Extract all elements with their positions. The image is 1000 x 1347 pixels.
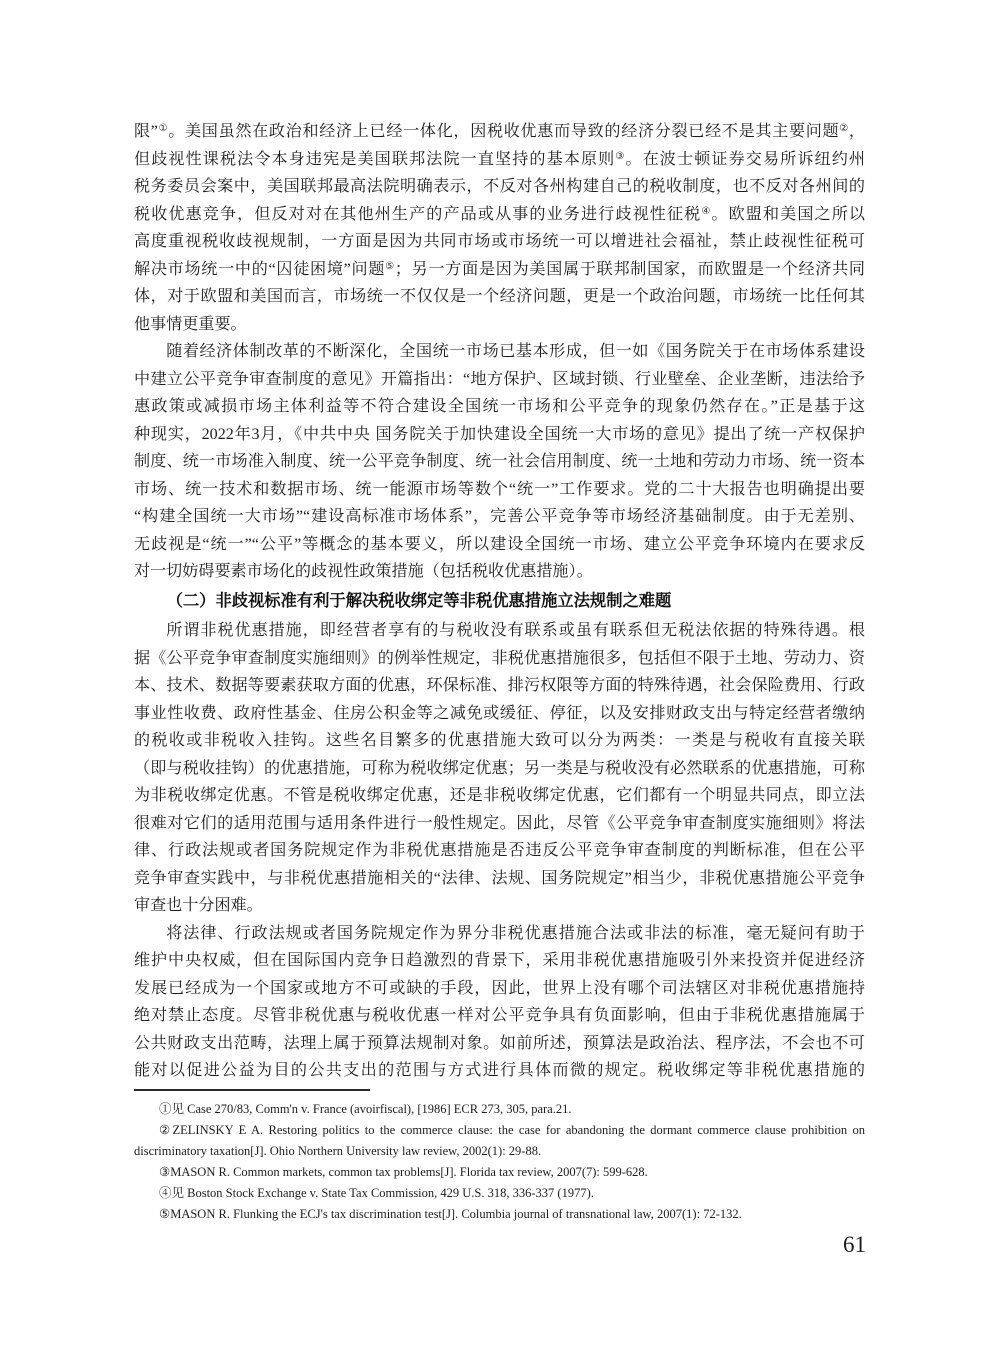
footnote-item: ③MASON R. Common markets, common tax pro… bbox=[134, 1162, 865, 1183]
text-line: 能对以促进公益为目的公共支出的范围与方式进行具体而微的规定。税收绑定等非税优惠措… bbox=[134, 1057, 865, 1085]
footnote-ref-marker: ① bbox=[158, 123, 168, 134]
section-heading: （二）非歧视标准有利于解决税收绑定等非税优惠措施立法规制之难题 bbox=[134, 588, 865, 616]
text-line: 据《公平竞争审查制度实施细则》的例举性规定，非税优惠措施很多，包括但不限于土地、… bbox=[134, 645, 865, 673]
footnote-ref-marker: ⑤ bbox=[385, 261, 395, 272]
text-line: 随着经济体制改革的不断深化，全国统一市场已基本形成，但一如《国务院关于在市场体系… bbox=[134, 338, 865, 366]
footnote-separator bbox=[134, 1089, 370, 1091]
text-line: 的税收或非税收入挂钩。这些名目繁多的优惠措施大致可以分为两类：一类是与税收有直接… bbox=[134, 727, 865, 755]
text-line: 律、行政法规或者国务院规定作为非税优惠措施是否违反公平竞争审查制度的判断标准，但… bbox=[134, 837, 865, 865]
footnote-line: discriminatory taxation[J]. Ohio Norther… bbox=[134, 1141, 865, 1162]
text-line: 税收优惠竞争，但反对对在其他州生产的产品或从事的业务进行歧视性征税④。欧盟和美国… bbox=[134, 201, 865, 229]
page-number: 61 bbox=[843, 1230, 866, 1260]
footnote-line: ④见 Boston Stock Exchange v. State Tax Co… bbox=[134, 1183, 865, 1204]
text-line: 惠政策或减损市场主体利益等不符合建设全国统一市场和公平竞争的现象仍然存在。”正是… bbox=[134, 393, 865, 421]
text-line: 将法律、行政法规或者国务院规定作为界分非税优惠措施合法或非法的标准，毫无疑问有助… bbox=[134, 920, 865, 948]
footnote-item: ①见 Case 270/83, Comm'n v. France (avoirf… bbox=[134, 1099, 865, 1120]
text-line: 无歧视是“统一”“公平”等概念的基本要义，所以建设全国统一市场、建立公平竞争环境… bbox=[134, 531, 865, 559]
text-line: 种现实，2022年3月，《中共中央 国务院关于加快建设全国统一大市场的意见》提出… bbox=[134, 421, 865, 449]
text-line: （即与税收挂钩）的优惠措施，可称为税收绑定优惠；另一类是与税收没有必然联系的优惠… bbox=[134, 755, 865, 783]
text-line: 为非税收绑定优惠。不管是税收绑定优惠，还是非税收绑定优惠，它们都有一个明显共同点… bbox=[134, 782, 865, 810]
footnote-line: ⑤MASON R. Flunking the ECJ's tax discrim… bbox=[134, 1204, 865, 1225]
text-line: 审查也十分困难。 bbox=[134, 892, 865, 920]
text-line: 发展已经成为一个国家或地方不可或缺的手段，因此，世界上没有哪个司法辖区对非税优惠… bbox=[134, 975, 865, 1003]
footnote-line: ②ZELINSKY E A. Restoring politics to the… bbox=[134, 1120, 865, 1141]
text-line: 事业性收费、政府性基金、住房公积金等之减免或缓征、停征，以及安排财政支出与特定经… bbox=[134, 700, 865, 728]
footnote-line: ①见 Case 270/83, Comm'n v. France (avoirf… bbox=[134, 1099, 865, 1120]
footnote-ref-marker: ② bbox=[839, 123, 849, 134]
text-line: 但歧视性课税法令本身违宪是美国联邦法院一直坚持的基本原则③。在波士顿证券交易所诉… bbox=[134, 146, 865, 174]
text-line: 限”①。美国虽然在政治和经济上已经一体化，因税收优惠而导致的经济分裂已经不是其主… bbox=[134, 118, 865, 146]
footnote-item: ②ZELINSKY E A. Restoring politics to the… bbox=[134, 1120, 865, 1162]
footnote-ref-marker: ④ bbox=[701, 206, 711, 217]
footnote-ref-marker: ③ bbox=[615, 151, 625, 162]
text-line: 高度重视税收歧视规制，一方面是因为共同市场或市场统一可以增进社会福祉，禁止歧视性… bbox=[134, 228, 865, 256]
text-line: “构建全国统一大市场”“建设高标准市场体系”，完善公平竞争等市场经济基础制度。由… bbox=[134, 503, 865, 531]
footnote-block: ①见 Case 270/83, Comm'n v. France (avoirf… bbox=[134, 1089, 865, 1225]
paragraph-continuation: 限”①。美国虽然在政治和经济上已经一体化，因税收优惠而导致的经济分裂已经不是其主… bbox=[134, 118, 865, 338]
text-line: 所谓非税优惠措施，即经营者享有的与税收没有联系或虽有联系但无税法依据的特殊待遇。… bbox=[134, 617, 865, 645]
footnote-item: ④见 Boston Stock Exchange v. State Tax Co… bbox=[134, 1183, 865, 1204]
text-line: 税务委员会案中，美国联邦最高法院明确表示，不反对各州构建自己的税收制度，也不反对… bbox=[134, 173, 865, 201]
text-line: 很难对它们的适用范围与适用条件进行一般性规定。因此，尽管《公平竞争审查制度实施细… bbox=[134, 810, 865, 838]
page-body-text: 限”①。美国虽然在政治和经济上已经一体化，因税收优惠而导致的经济分裂已经不是其主… bbox=[134, 118, 865, 1085]
text-line: 他事情更重要。 bbox=[134, 311, 865, 339]
text-line: 绝对禁止态度。尽管非税优惠与税收优惠一样对公平竞争具有负面影响，但由于非税优惠措… bbox=[134, 1002, 865, 1030]
text-line: 维护中央权威，但在国际国内竞争日趋激烈的背景下，采用非税优惠措施吸引外来投资并促… bbox=[134, 947, 865, 975]
text-line: 中建立公平竞争审查制度的意见》开篇指出：“地方保护、区域封锁、行业壁垒、企业垄断… bbox=[134, 366, 865, 394]
paragraph-non-tax-measures: 所谓非税优惠措施，即经营者享有的与税收没有联系或虽有联系但无税法依据的特殊待遇。… bbox=[134, 617, 865, 920]
text-line: 体，对于欧盟和美国而言，市场统一不仅仅是一个经济问题，更是一个政治问题，市场统一… bbox=[134, 283, 865, 311]
text-line: 解决市场统一中的“囚徒困境”问题⑤；另一方面是因为美国属于联邦制国家，而欧盟是一… bbox=[134, 256, 865, 284]
journal-page: 限”①。美国虽然在政治和经济上已经一体化，因税收优惠而导致的经济分裂已经不是其主… bbox=[0, 0, 1000, 1347]
paragraph-legal-standard: 将法律、行政法规或者国务院规定作为界分非税优惠措施合法或非法的标准，毫无疑问有助… bbox=[134, 920, 865, 1085]
text-line: 公共财政支出范畴，法理上属于预算法规制对象。如前所述，预算法是政治法、程序法，不… bbox=[134, 1030, 865, 1058]
paragraph-unified-market: 随着经济体制改革的不断深化，全国统一市场已基本形成，但一如《国务院关于在市场体系… bbox=[134, 338, 865, 586]
text-line: 制度、统一市场准入制度、统一公平竞争制度、统一社会信用制度、统一土地和劳动力市场… bbox=[134, 448, 865, 476]
text-line: 对一切妨碍要素市场化的歧视性政策措施（包括税收优惠措施）。 bbox=[134, 558, 865, 586]
text-line: 本、技术、数据等要素获取方面的优惠，环保标准、排污权限等方面的特殊待遇，社会保险… bbox=[134, 672, 865, 700]
footnote-line: ③MASON R. Common markets, common tax pro… bbox=[134, 1162, 865, 1183]
footnote-item: ⑤MASON R. Flunking the ECJ's tax discrim… bbox=[134, 1204, 865, 1225]
text-line: 市场、统一技术和数据市场、统一能源市场等数个“统一”工作要求。党的二十大报告也明… bbox=[134, 476, 865, 504]
text-line: 竞争审查实践中，与非税优惠措施相关的“法律、法规、国务院规定”相当少，非税优惠措… bbox=[134, 865, 865, 893]
